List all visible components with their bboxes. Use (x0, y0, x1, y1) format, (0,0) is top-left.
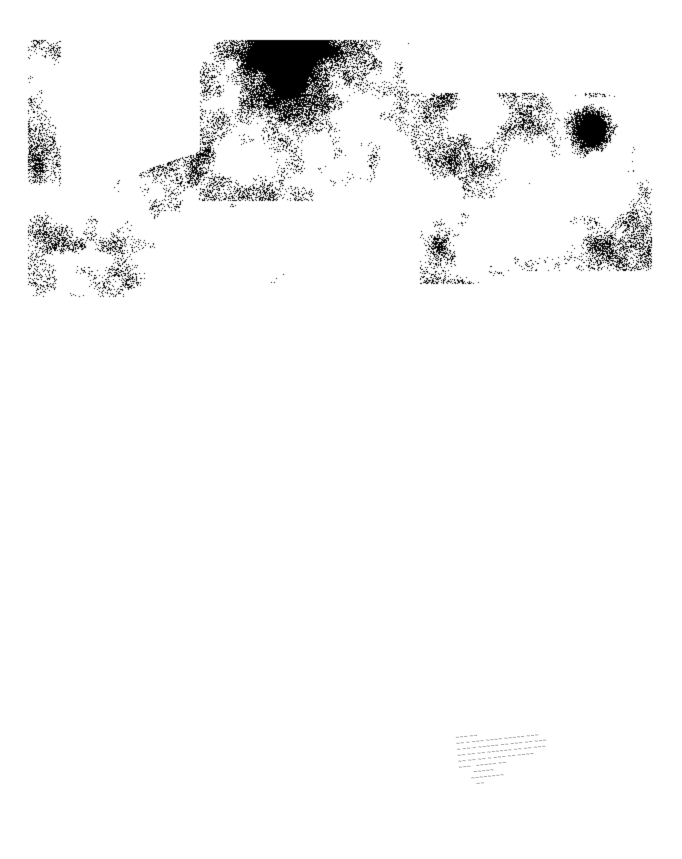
aerial-photo-mosaic (0, 0, 682, 859)
photo-annotation-label: ~~~ ~~ ~~ ~ ~~~ ~~~~ ~~~~~ ~~~ ~ ~~ ~ ~~… (455, 726, 551, 789)
